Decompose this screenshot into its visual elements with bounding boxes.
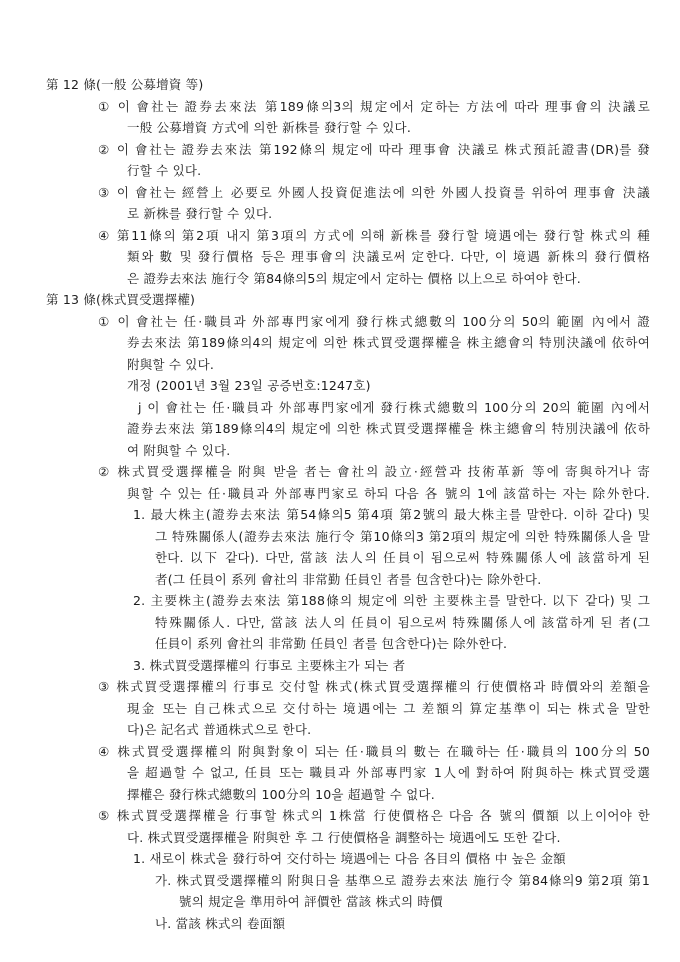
document-line: 1. 最大株主(證券去來法 第54條의5 第4項 第2號의 最大株主를 말한다.… — [0, 504, 650, 526]
document-line: 擇權은 發行株式總數의 100分의 10을 超過할 수 없다. — [0, 784, 650, 806]
document-line: 을 超過할 수 없고, 任員 또는 職員과 外部專門家 1人에 對하여 附與하는… — [0, 762, 650, 784]
document-line: 한다. 以下 같다). 다만, 當該 法人의 任員이 됨으로써 特殊關係人에 該… — [0, 547, 650, 569]
document-line: 개정 (2001년 3월 23일 공증번호:1247호) — [0, 375, 650, 397]
document-line: 나. 當該 株式의 卷面額 — [0, 913, 650, 935]
document-line: 다)은 記名式 普通株式으로 한다. — [0, 719, 650, 741]
document-line: 가. 株式買受選擇權의 附與日을 基準으로 證券去來法 施行令 第84條의9 第… — [0, 870, 650, 892]
article-header: 第 13 條(株式買受選擇權) — [0, 289, 650, 311]
article-header: 第 12 條(一般 公募增資 等) — [0, 74, 650, 96]
document-line: 任員이 系列 會社의 非常勤 任員인 者를 包含한다)는 除外한다. — [0, 633, 650, 655]
document-line: 特殊關係人. 다만, 當該 法人의 任員이 됨으로써 特殊關係人에 該當하게 된… — [0, 612, 650, 634]
document-line: 그 特殊關係人(證券去來法 施行令 第10條의3 第2項의 規定에 의한 特殊關… — [0, 526, 650, 548]
document-line: 附與할 수 있다. — [0, 354, 650, 376]
document-line: 行할 수 있다. — [0, 160, 650, 182]
document-line: ③ 株式買受選擇權의 行事로 交付할 株式(株式買受選擇權의 行使價格과 時價와… — [0, 676, 650, 698]
document-line: 一般 公募增資 方式에 의한 新株를 發行할 수 있다. — [0, 117, 650, 139]
document-line: ② 이 會社는 證券去來法 第192條의 規定에 따라 理事會 決議로 株式預託… — [0, 139, 650, 161]
document-line: 證券去來法 第189條의4의 規定에 의한 株式買受選擇權을 株主總會의 特別決… — [0, 418, 650, 440]
document-line: 1. 새로이 株式을 發行하여 交付하는 境遇에는 다음 各目의 價格 中 높은… — [0, 848, 650, 870]
document-line: 여 附與할 수 있다. — [0, 440, 650, 462]
document-line: 券去來法 第189條의4의 規定에 의한 株式買受選擇權을 株主總會의 特別決議… — [0, 332, 650, 354]
document-line: 號의 規定을 準用하여 評價한 當該 株式의 時價 — [0, 891, 650, 913]
document-line: ③ 이 會社는 經營上 必要로 外國人投資促進法에 의한 外國人投資를 위하여 … — [0, 182, 650, 204]
document-line: 現金 또는 自己株式으로 交付하는 境遇에는 그 差額의 算定基準이 되는 株式… — [0, 698, 650, 720]
document-line: ④ 第11條의 第2項 내지 第3項의 方式에 의해 新株를 發行할 境遇에는 … — [0, 225, 650, 247]
document-line: ④ 株式買受選擇權의 附與對象이 되는 任·職員의 數는 在職하는 任·職員의 … — [0, 741, 650, 763]
document-line: 2. 主要株主(證券去來法 第188條의 規定에 의한 主要株主를 말한다. 以… — [0, 590, 650, 612]
document-page: 第 12 條(一般 公募增資 等)① 이 會社는 證券去來法 第189條의3의 … — [0, 0, 680, 962]
document-line: 3. 株式買受選擇權의 行事로 主要株主가 되는 者 — [0, 655, 650, 677]
document-line: 은 證券去來法 施行令 第84條의5의 規定에서 定하는 價格 以上으로 하여야… — [0, 268, 650, 290]
document-line: 類와 數 및 發行價格 등은 理事會의 決議로써 定한다. 다만, 이 境遇 新… — [0, 246, 650, 268]
document-line: ① 이 會社는 任·職員과 外部專門家에게 發行株式總數의 100分의 50의 … — [0, 311, 650, 333]
document-body: 第 12 條(一般 公募增資 等)① 이 會社는 證券去來法 第189條의3의 … — [0, 74, 650, 934]
document-line: 다. 株式買受選擇權을 附與한 후 그 行使價格을 調整하는 境遇에도 또한 같… — [0, 827, 650, 849]
document-line: 者(그 任員이 系列 會社의 非常勤 任員인 者를 包含한다)는 除外한다. — [0, 569, 650, 591]
document-line: 로 新株를 發行할 수 있다. — [0, 203, 650, 225]
document-line: 與할 수 있는 任·職員과 外部專門家로 하되 다음 各 號의 1에 該當하는 … — [0, 483, 650, 505]
document-line: ① 이 會社는 證券去來法 第189條의3의 規定에서 定하는 方法에 따라 理… — [0, 96, 650, 118]
document-line: ② 株式買受選擇權을 附與 받을 者는 會社의 設立·經營과 技術革新 等에 寄… — [0, 461, 650, 483]
document-line: j 이 會社는 任·職員과 外部專門家에게 發行株式總數의 100分의 20의 … — [0, 397, 650, 419]
document-line: ⑤ 株式買受選擇權을 行事할 株式의 1株當 行使價格은 다음 各 號의 價額 … — [0, 805, 650, 827]
